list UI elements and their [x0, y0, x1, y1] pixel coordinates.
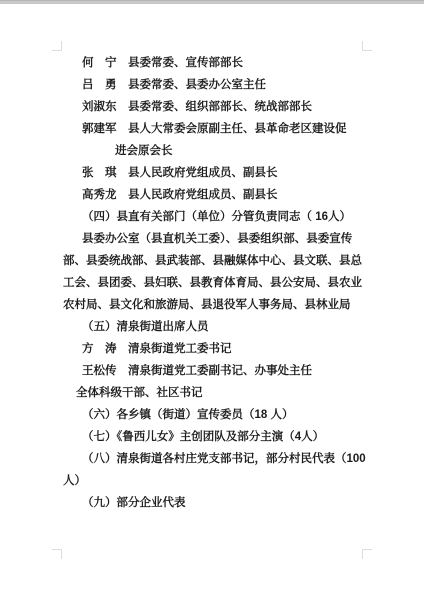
document-line: （六）各乡镇（街道）宣传委员（18 人）: [63, 404, 363, 426]
document-line: 方 涛 清泉街道党工委书记: [63, 338, 363, 360]
document-line: 吕 勇 县委常委、县委办公室主任: [63, 74, 363, 96]
document-line: （九）部分企业代表: [63, 492, 363, 514]
document-line: 高秀龙 县人民政府党组成员、副县长: [63, 184, 363, 206]
document-line: （八）清泉街道各村庄党支部书记，部分村民代表（100: [63, 448, 363, 470]
document-line: （五）清泉街道出席人员: [63, 316, 363, 338]
document-line: （四）县直有关部门（单位）分管负责同志（ 16人）: [63, 206, 363, 228]
page-top-edge: [0, 0, 424, 4]
margin-crop-mark-bottom-right: [362, 549, 372, 559]
document-line: 工会、县团委、县妇联、县教育体育局、县公安局、县农业: [63, 272, 363, 294]
document-line: 郭建军 县人大常委会原副主任、县革命老区建设促: [63, 118, 363, 140]
document-line: 县委办公室（县直机关工委）、县委组织部、县委宣传: [63, 228, 363, 250]
margin-crop-mark-top-left: [52, 41, 62, 51]
document-line: 王松传 清泉街道党工委副书记、办事处主任: [63, 360, 363, 382]
document-line: 张 琪 县人民政府党组成员、副县长: [63, 162, 363, 184]
document-line: 部、县委统战部、县武装部、县融媒体中心、县文联、县总: [63, 250, 363, 272]
document-line: 人）: [63, 470, 363, 492]
document-body: 何 宁 县委常委、宣传部部长 吕 勇 县委常委、县委办公室主任 刘淑东 县委常委…: [63, 52, 363, 514]
document-line: 全体科级干部、社区书记: [63, 382, 363, 404]
margin-crop-mark-top-right: [362, 41, 372, 51]
document-page: 何 宁 县委常委、宣传部部长 吕 勇 县委常委、县委办公室主任 刘淑东 县委常委…: [0, 0, 424, 600]
document-line: （七）《鲁西儿女》主创团队及部分主演（4人）: [63, 426, 363, 448]
document-line: 刘淑东 县委常委、组织部部长、统战部部长: [63, 96, 363, 118]
document-line: 何 宁 县委常委、宣传部部长: [63, 52, 363, 74]
document-line: 进会原会长: [63, 140, 363, 162]
document-line: 农村局、县文化和旅游局、县退役军人事务局、县林业局: [63, 294, 363, 316]
margin-crop-mark-bottom-left: [52, 549, 62, 559]
